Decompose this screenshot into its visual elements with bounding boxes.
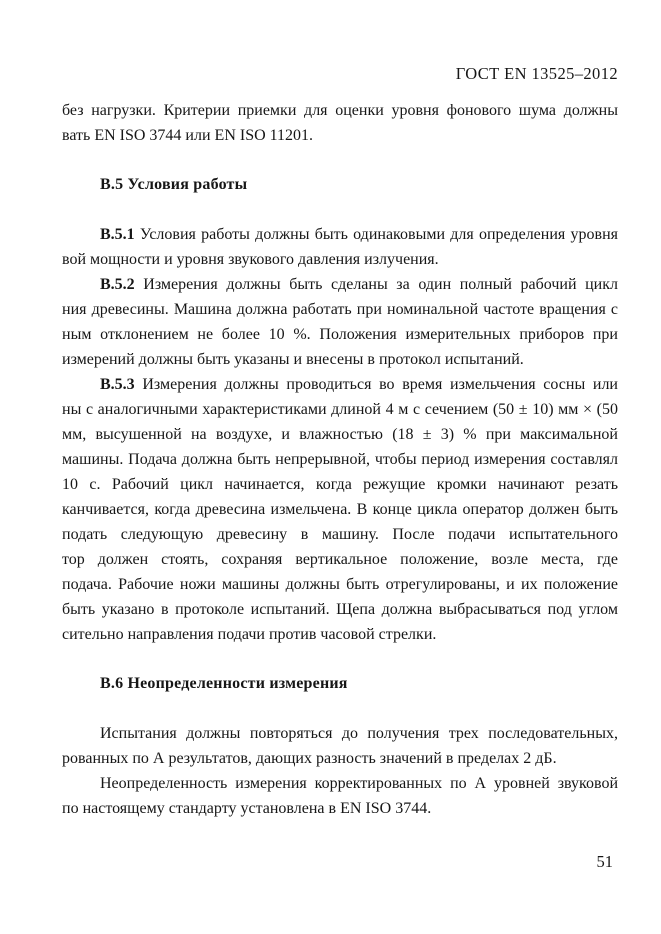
section-number: В.5.2: [100, 276, 135, 293]
document-page: ГОСТ EN 13525–2012 без нагрузки. Критери…: [0, 0, 661, 934]
text-line: быть указано в протоколе испытаний. Щепа…: [62, 597, 618, 622]
section-heading-b6: В.6 Неопределенности измерения: [62, 671, 618, 696]
text-line: подача. Рабочие ножи машины должны быть …: [62, 572, 618, 597]
text-line: ния древесины. Машина должна работать пр…: [62, 297, 618, 322]
text-line: Неопределенность измерения корректирован…: [62, 771, 618, 796]
text-line: машины. Подача должна быть непрерывной, …: [62, 447, 618, 472]
text-line: вой мощности и уровня звукового давления…: [62, 247, 618, 272]
text-line: без нагрузки. Критерии приемки для оценк…: [62, 98, 618, 123]
paragraph-b6-1: Испытания должны повторяться до получени…: [62, 721, 618, 771]
text-line: вать EN ISO 3744 или EN ISO 11201.: [62, 123, 618, 148]
text-line: ны с аналогичными характеристиками длино…: [62, 397, 618, 422]
paragraph-b6-2: Неопределенность измерения корректирован…: [62, 771, 618, 821]
text-line: сительно направления подачи против часов…: [62, 622, 618, 647]
section-number: В.5.3: [100, 376, 135, 393]
text-line: подать следующую древесину в машину. Пос…: [62, 522, 618, 547]
text-line: Испытания должны повторяться до получени…: [62, 721, 618, 746]
paragraph-b52: В.5.2 Измерения должны быть сделаны за о…: [62, 272, 618, 372]
paragraph-b53: В.5.3 Измерения должны проводиться во вр…: [62, 372, 618, 647]
page-number: 51: [62, 849, 618, 874]
text-line: В.5.2 Измерения должны быть сделаны за о…: [62, 272, 618, 297]
paragraph-intro: без нагрузки. Критерии приемки для оценк…: [62, 98, 618, 148]
section-heading-b5: В.5 Условия работы: [62, 172, 618, 197]
text-line: по настоящему стандарту установлена в EN…: [62, 796, 618, 821]
text-run: Измерения должны проводиться во время из…: [62, 376, 618, 397]
text-line: В.5.3 Измерения должны проводиться во вр…: [62, 372, 618, 397]
text-line: измерений должны быть указаны и внесены …: [62, 347, 618, 372]
text-line: рованных по А результатов, дающих разнос…: [62, 746, 618, 771]
text-line: мм, высушенной на воздухе, и влажностью …: [62, 422, 618, 447]
text-line: ным отклонением не более 10 %. Положения…: [62, 322, 618, 347]
text-line: 10 с. Рабочий цикл начинается, когда реж…: [62, 472, 618, 497]
text-run: Измерения должны быть сделаны за один по…: [62, 276, 618, 297]
doc-header: ГОСТ EN 13525–2012: [62, 64, 618, 84]
text-run: Условия работы должны быть одинаковыми д…: [62, 226, 618, 247]
section-number: В.5.1: [100, 226, 135, 243]
paragraph-b51: В.5.1 Условия работы должны быть одинако…: [62, 222, 618, 272]
text-line: тор должен стоять, сохраняя вертикальное…: [62, 547, 618, 572]
text-line: канчивается, когда древесина измельчена.…: [62, 497, 618, 522]
text-line: В.5.1 Условия работы должны быть одинако…: [62, 222, 618, 247]
